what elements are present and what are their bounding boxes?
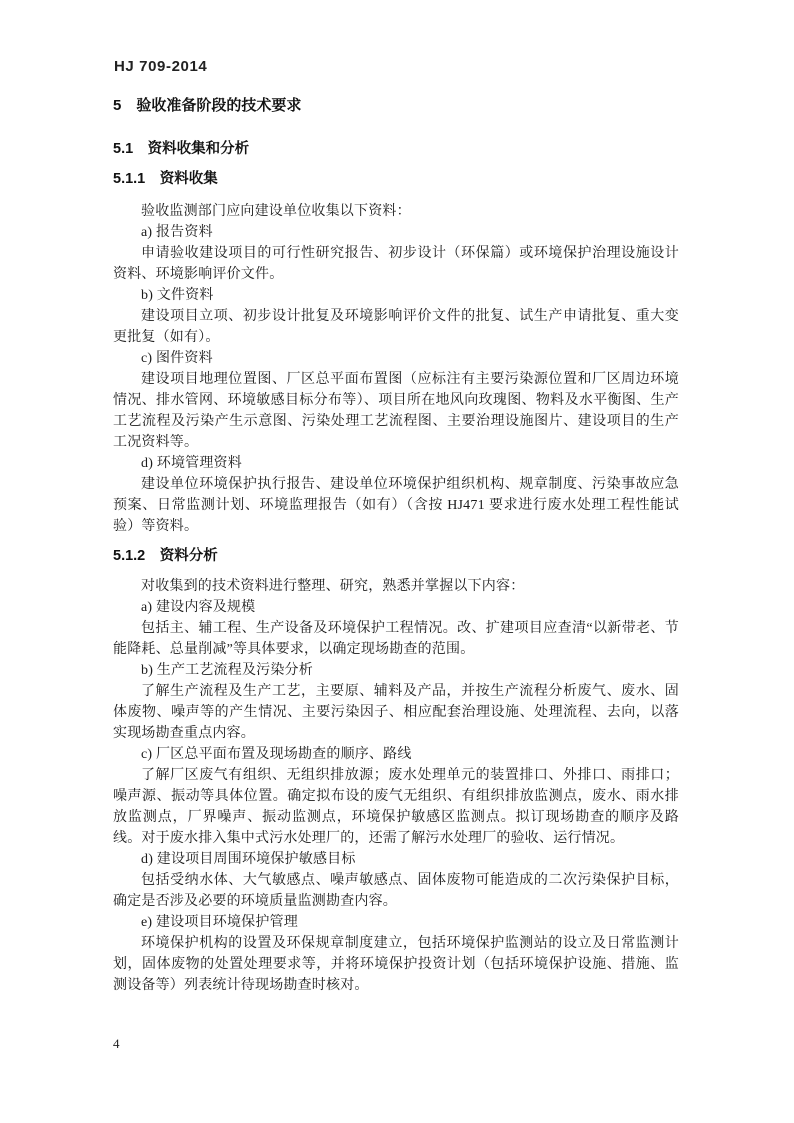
document-body: 5验收准备阶段的技术要求 5.1资料收集和分析 5.1.1资料收集 验收监测部门… <box>113 97 679 996</box>
item-c-layout-label: c) 厂区总平面布置及现场勘查的顺序、路线 <box>113 744 679 765</box>
paragraph-layout: 了解厂区废气有组织、无组织排放源；废水处理单元的装置排口、外排口、雨排口；噪声源… <box>113 765 679 849</box>
paragraph-process: 了解生产流程及生产工艺，主要原、辅料及产品，并按生产流程分析废气、废水、固体废物… <box>113 681 679 744</box>
item-a-report-data-label: a) 报告资料 <box>113 222 679 243</box>
chapter-title: 验收准备阶段的技术要求 <box>136 97 301 114</box>
paragraph-intro-analysis: 对收集到的技术资料进行整理、研究，熟悉并掌握以下内容： <box>113 576 679 597</box>
item-d-env-management-label: d) 环境管理资料 <box>113 453 679 474</box>
standard-number-header: HJ 709-2014 <box>114 58 207 75</box>
section-number: 5.1 <box>113 141 133 157</box>
paragraph-env-protection: 环境保护机构的设置及环保规章制度建立，包括环境保护监测站的设立及日常监测计划，固… <box>113 933 679 996</box>
section-heading-5-1: 5.1资料收集和分析 <box>113 141 679 157</box>
paragraph-env-management-data: 建设单位环境保护执行报告、建设单位环境保护组织机构、规章制度、污染事故应急预案、… <box>113 474 679 537</box>
paragraph-report-data: 申请验收建设项目的可行性研究报告、初步设计（环保篇）或环境保护治理设施设计资料、… <box>113 243 679 285</box>
paragraph-intro-collect: 验收监测部门应向建设单位收集以下资料： <box>113 201 679 222</box>
paragraph-sensitive-targets: 包括受纳水体、大气敏感点、噪声敏感点、固体废物可能造成的二次污染保护目标，确定是… <box>113 870 679 912</box>
subsection-title: 资料收集 <box>160 171 218 187</box>
paragraph-document-data: 建设项目立项、初步设计批复及环境影响评价文件的批复、试生产申请批复、重大变更批复… <box>113 306 679 348</box>
subsection-number: 5.1.1 <box>113 171 145 187</box>
section-title: 资料收集和分析 <box>148 141 250 157</box>
item-e-env-protection-label: e) 建设项目环境保护管理 <box>113 912 679 933</box>
item-b-process-label: b) 生产工艺流程及污染分析 <box>113 660 679 681</box>
page-number: 4 <box>113 1036 120 1052</box>
paragraph-map-data: 建设项目地理位置图、厂区总平面布置图（应标注有主要污染源位置和厂区周边环境情况、… <box>113 369 679 453</box>
item-a-scope-label: a) 建设内容及规模 <box>113 597 679 618</box>
item-d-sensitive-targets-label: d) 建设项目周围环境保护敏感目标 <box>113 849 679 870</box>
subsection-heading-5-1-1: 5.1.1资料收集 <box>113 171 679 187</box>
item-c-map-data-label: c) 图件资料 <box>113 348 679 369</box>
document-page: HJ 709-2014 5验收准备阶段的技术要求 5.1资料收集和分析 5.1.… <box>0 0 794 1123</box>
subsection-heading-5-1-2: 5.1.2资料分析 <box>113 548 679 564</box>
chapter-number: 5 <box>113 97 121 114</box>
subsection-number: 5.1.2 <box>113 548 145 564</box>
chapter-heading: 5验收准备阶段的技术要求 <box>113 97 679 115</box>
subsection-title: 资料分析 <box>160 548 218 564</box>
item-b-document-data-label: b) 文件资料 <box>113 285 679 306</box>
paragraph-scope: 包括主、辅工程、生产设备及环境保护工程情况。改、扩建项目应查清“以新带老、节能降… <box>113 618 679 660</box>
